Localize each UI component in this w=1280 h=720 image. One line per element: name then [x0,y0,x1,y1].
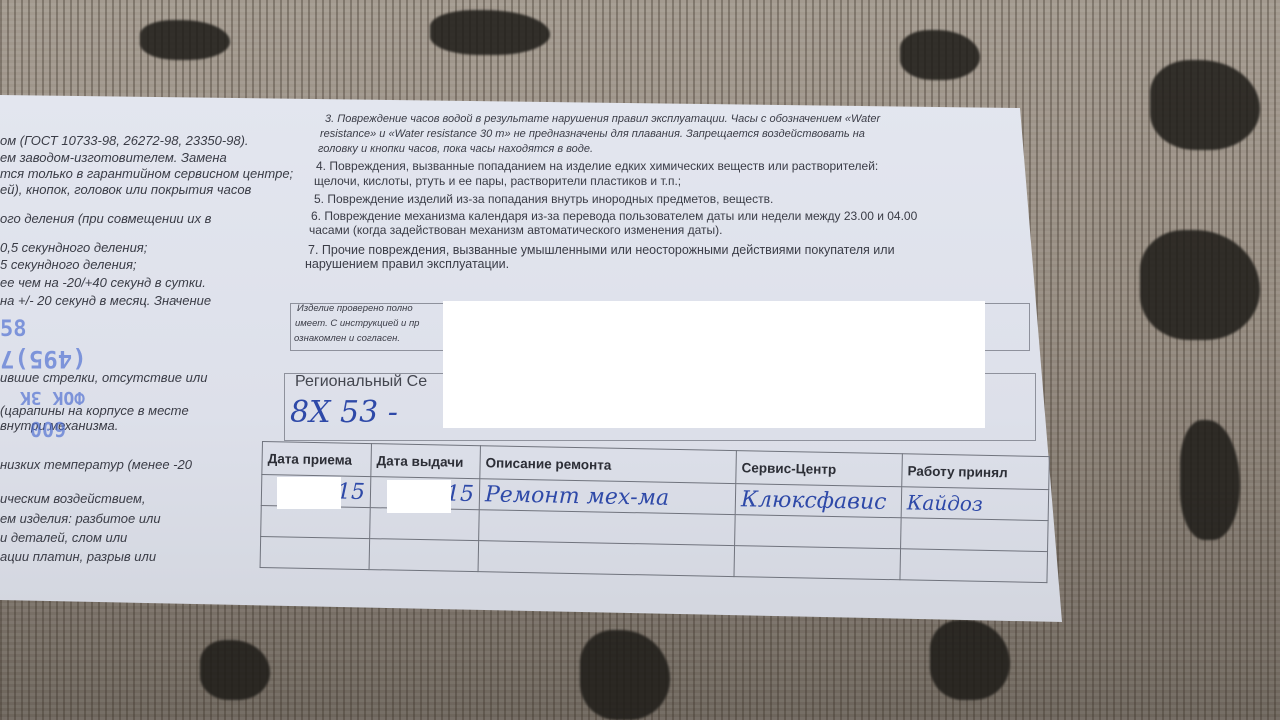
col-header-service-center: Сервис-Центр [736,451,903,487]
text-line: низких температур (менее -20 [0,457,192,472]
redaction-box [387,480,451,513]
text-line: ом (ГОСТ 10733-98, 26272-98, 23350-98). [0,133,249,148]
carpet-pattern [930,620,1010,700]
stamp-text: ФОК 3К [20,387,85,408]
service-center-label: Региональный Се [295,373,427,391]
text-line: и деталей, слом или [0,530,127,545]
carpet-pattern [580,630,670,720]
stamp-text: 58 [0,317,27,342]
repair-description-cell: Ремонт мех-ма [479,479,736,515]
accepted-by-cell: Кайдоз [901,487,1049,521]
stamp-text: (495)7 [0,345,87,373]
text-line: ее чем на -20/+40 секунд в сутки. [0,275,206,290]
carpet-pattern [1180,420,1240,540]
text-line: тся только в гарантийном сервисном центр… [0,166,293,181]
text-line: ации платин, разрыв или [0,549,156,564]
exclusion-item-3: 3. Повреждение часов водой в результате … [325,113,880,125]
text-line: ическим воздействием, [0,491,146,506]
carpet-pattern [900,30,980,80]
acknowledgement-text: ознакомлен и согласен. [294,333,400,344]
exclusion-item-6: 6. Повреждение механизма календаря из-за… [311,209,917,223]
col-header-received-date: Дата приема [262,442,372,477]
carpet-pattern [430,10,550,55]
col-header-issued-date: Дата выдачи [371,444,481,479]
carpet-pattern [1150,60,1260,150]
text-line: ем заводом-изготовителем. Замена [0,150,227,165]
exclusion-item-4: 4. Повреждения, вызванные попаданием на … [316,159,878,173]
exclusion-item-3: resistance» и «Water resistance 30 m» не… [320,128,865,140]
col-header-repair-description: Описание ремонта [480,446,737,484]
repair-history-table: Дата приема Дата выдачи Описание ремонта… [260,441,1050,583]
redaction-box [443,301,985,428]
exclusion-item-7: нарушением правил эксплуатации. [305,257,509,271]
col-header-accepted-by: Работу принял [902,454,1050,490]
exclusion-item-3: головку и кнопки часов, пока часы находя… [318,143,593,155]
acknowledgement-text: Изделие проверено полно [297,303,413,314]
carpet-pattern [140,20,230,60]
carpet-pattern [1140,230,1260,340]
acknowledgement-text: имеет. С инструкцией и пр [295,318,419,329]
carpet-pattern [200,640,270,700]
text-line: 5 секундного деления; [0,257,137,272]
text-line: на +/- 20 секунд в месяц. Значение [0,293,211,308]
text-line: ей), кнопок, головок или покрытия часов [0,182,251,197]
text-line: ого деления (при совмещении их в [0,211,211,226]
stamp-text: 600 [30,417,66,441]
redaction-box [277,477,341,509]
text-line: ем изделия: разбитое или [0,511,161,526]
exclusion-item-7: 7. Прочие повреждения, вызванные умышлен… [308,243,895,257]
exclusion-item-5: 5. Повреждение изделий из-за попадания в… [314,192,773,206]
service-center-handwritten: 8Х 53 - [290,395,398,430]
text-line: 0,5 секундного деления; [0,240,147,255]
service-center-cell: Клюксфавис [735,484,902,518]
exclusion-item-4: щелочи, кислоты, ртуть и ее пары, раство… [314,174,681,188]
exclusion-item-6: часами (когда задействован механизм авто… [309,223,722,237]
